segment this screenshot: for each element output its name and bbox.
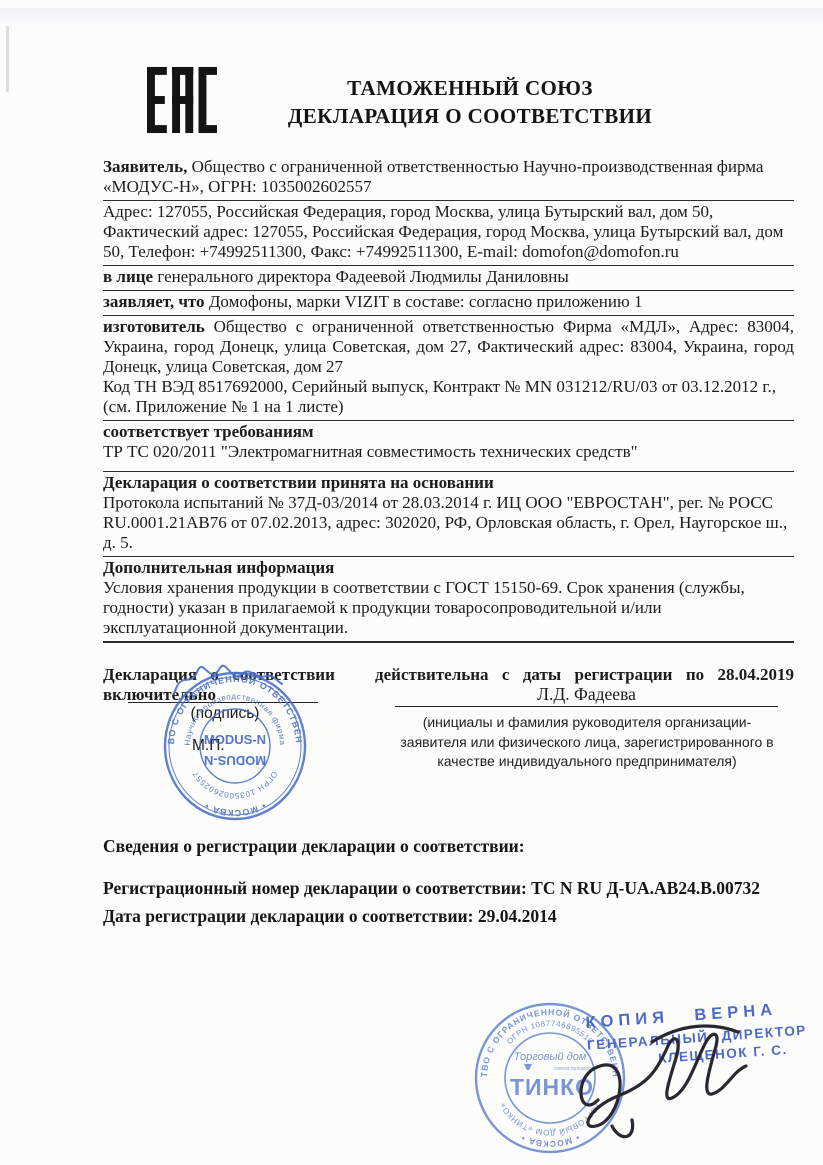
tinko-logo-flag — [524, 1064, 532, 1070]
document-title: ТАМОЖЕННЫЙ СОЮЗ ДЕКЛАРАЦИЯ О СООТВЕТСТВИ… — [250, 74, 690, 130]
modus-stamp-center-name: MODUS-N — [204, 732, 266, 747]
complies-text: ТР ТС 020/2011 "Электромагнитная совмест… — [103, 442, 794, 462]
section-additional-info: Дополнительная информация Условия хранен… — [103, 557, 794, 643]
complies-label: соответствует требованиям — [103, 422, 794, 442]
manufacturer-contract-text: Код ТН ВЭД 8517692000, Серийный выпуск, … — [103, 377, 794, 417]
head-name-line — [395, 706, 778, 707]
section-address: Адрес: 127055, Российская Федерация, гор… — [103, 201, 794, 266]
in-person-text: генерального директора Фадеевой Людмилы … — [157, 267, 568, 286]
registration-date-row: Дата регистрации декларации о соответств… — [103, 906, 795, 927]
eac-mark-icon — [147, 62, 217, 138]
declaration-document-page: ТАМОЖЕННЫЙ СОЮЗ ДЕКЛАРАЦИЯ О СООТВЕТСТВИ… — [0, 0, 823, 1165]
section-basis: Декларация о соответствии принята на осн… — [103, 472, 794, 557]
applicant-label: Заявитель, — [103, 157, 187, 176]
registration-date-value: 29.04.2014 — [478, 906, 557, 926]
address-text: Адрес: 127055, Российская Федерация, гор… — [103, 202, 783, 261]
scan-artifact-band — [0, 8, 823, 24]
title-line-2: ДЕКЛАРАЦИЯ О СООТВЕТСТВИИ — [250, 102, 690, 130]
head-name-caption: (инициалы и фамилия руководителя организ… — [397, 713, 777, 772]
document-body: Заявитель, Общество с ограниченной ответ… — [103, 156, 794, 722]
modus-stamp-inner-bottom-text: ОГРН 1035002602557 — [191, 770, 279, 801]
section-applicant: Заявитель, Общество с ограниченной ответ… — [103, 156, 794, 201]
head-name: Л.Д. Фадеева — [395, 684, 778, 705]
basis-text: Протокола испытаний № 37Д-03/2014 от 28.… — [103, 493, 794, 553]
svg-text:ОГРН 1035002602557: ОГРН 1035002602557 — [191, 770, 279, 801]
section-complies: соответствует требованиям ТР ТС 020/2011… — [103, 421, 794, 472]
registration-number-label: Регистрационный номер декларации о соотв… — [103, 878, 527, 898]
declares-text: Домофоны, марки VIZIT в составе: согласн… — [209, 292, 643, 311]
additional-text: Условия хранения продукции в соответстви… — [103, 578, 794, 638]
manufacturer-label: изготовитель — [103, 317, 205, 336]
additional-label: Дополнительная информация — [103, 558, 794, 578]
modus-stamp-center-name-mirrored: MODUS-N — [204, 753, 266, 768]
director-signature-scribble — [560, 1008, 780, 1148]
registration-heading: Сведения о регистрации декларации о соот… — [103, 836, 795, 857]
declares-label: заявляет, что — [103, 292, 205, 311]
title-line-1: ТАМОЖЕННЫЙ СОЮЗ — [250, 74, 690, 102]
section-in-person: в лице генерального директора Фадеевой Л… — [103, 266, 794, 291]
in-person-label: в лице — [103, 267, 153, 286]
applicant-signature-scribble — [168, 656, 288, 704]
scan-artifact-edge — [6, 26, 9, 92]
basis-label: Декларация о соответствии принята на осн… — [103, 473, 794, 493]
manufacturer-text: Общество с ограниченной ответственностью… — [103, 317, 794, 376]
section-declares: заявляет, что Домофоны, марки VIZIT в со… — [103, 291, 794, 316]
registration-number-value: ТС N RU Д-UA.АВ24.В.00732 — [531, 878, 760, 898]
registration-number-row: Регистрационный номер декларации о соотв… — [103, 878, 795, 899]
section-manufacturer: изготовитель Общество с ограниченной отв… — [103, 316, 794, 421]
registration-date-label: Дата регистрации декларации о соответств… — [103, 906, 473, 926]
applicant-text: Общество с ограниченной ответственностью… — [103, 157, 763, 196]
